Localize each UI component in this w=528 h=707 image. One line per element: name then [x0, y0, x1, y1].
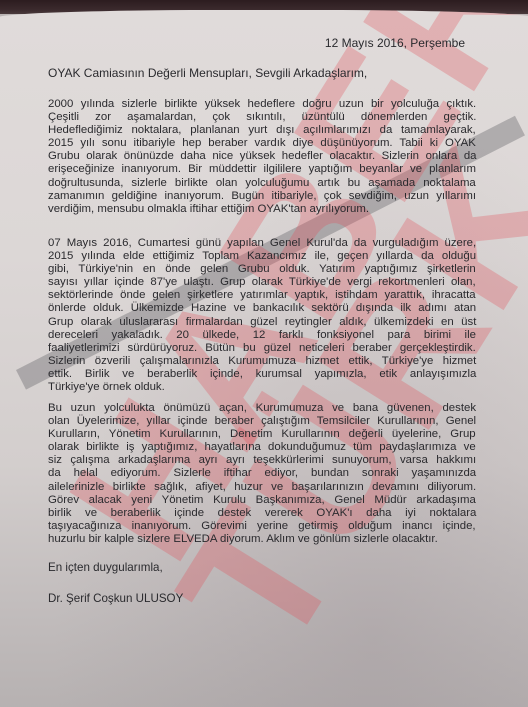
text-line: faaliyetlerimizi sürdürüyoruz. Bütün bu …	[48, 342, 476, 355]
text-line: ailelerinizle birlikte sağlık, afiyet, h…	[48, 481, 476, 494]
text-line: doğrultusunda, sizlerle birlikte olan yo…	[48, 177, 476, 190]
paragraph-1: 2000 yılında sizlerle birlikte yüksek he…	[48, 98, 476, 216]
text-line: 2015 yılı sonu itibariyle hep beraber va…	[48, 137, 476, 150]
letter-signature: Dr. Şerif Coşkun ULUSOY	[48, 592, 183, 605]
paragraph-2: 07 Mayıs 2016, Cumartesi günü yapılan Ge…	[48, 237, 476, 394]
text-line: 2015 yılında elde ettiğimiz Toplam Kazan…	[48, 250, 476, 263]
text-line: Hedeflediğimiz noktalara, planlanan yurt…	[48, 124, 476, 137]
text-line: Grubu olarak önünüzde daha nice yüksek h…	[48, 150, 476, 163]
text-line: Grup olarak uluslararası firmalardan güz…	[48, 316, 476, 329]
text-line: da helal ediyorum. Sizlerle iftihar ediy…	[48, 467, 476, 480]
text-line: Kurulların, Yönetim Kurullarının, Deneti…	[48, 428, 476, 441]
text-line: gibi, Türkiye'nin en önde gelen Grubu ol…	[48, 263, 476, 276]
text-line: dereceleri yakaladık. 20 ülkede, 12 fark…	[48, 329, 476, 342]
text-line: Çeşitli zor aşamalardan, çok sıkıntılı, …	[48, 111, 476, 124]
text-line: zamanımın geldiğine inanıyorum. Bugün it…	[48, 190, 476, 203]
letter-closing: En içten duygularımla,	[48, 561, 163, 574]
text-line: ettik. Birlik ve beraberlik içinde, kuru…	[48, 368, 476, 381]
text-line: Sizlerin özverili çalışmalarınızla Kurum…	[48, 355, 476, 368]
text-line: olan Üyelerimize, yıllar içinde beraber …	[48, 415, 476, 428]
text-line: birlik ve beraberlik içinde destek verer…	[48, 507, 476, 520]
text-line: 07 Mayıs 2016, Cumartesi günü yapılan Ge…	[48, 237, 476, 250]
text-line: siz çalışma arkadaşlarıma ayrı ayrı teşe…	[48, 454, 476, 467]
text-line: 2000 yılında sizlerle birlikte yüksek he…	[48, 98, 476, 111]
text-line: erişeceğinize inanıyorum. Bir müddettir …	[48, 163, 476, 176]
text-line: önlerde olduk. Ülkemizde Hazine ve banka…	[48, 302, 476, 315]
text-line: Türkiye'ye örnek olduk.	[48, 381, 476, 394]
letter-date: 12 Mayıs 2016, Perşembe	[325, 36, 465, 50]
text-line: sektörlerinde önde gelen şirketlere yatı…	[48, 289, 476, 302]
text-line: taşıyacağınıza inanıyorum. Görevimi yeri…	[48, 520, 476, 533]
text-line: Bu uzun yolculukta önümüzü açan, Kurumum…	[48, 402, 476, 415]
letter-content: 12 Mayıs 2016, Perşembe OYAK Camiasının …	[0, 0, 528, 707]
text-line: verdiğim, mensubu olmakla iftihar ettiği…	[48, 203, 476, 216]
letter-salutation: OYAK Camiasının Değerli Mensupları, Sevg…	[48, 66, 367, 80]
text-line: olarak birlikte iş yaptığımız, hayatları…	[48, 441, 476, 454]
text-line: Görev alacak yeni Yönetim Kurulu Başkanı…	[48, 494, 476, 507]
text-line: sayısı yıllar içinde 87'ye ulaştı. Grup …	[48, 276, 476, 289]
paragraph-3: Bu uzun yolculukta önümüzü açan, Kurumum…	[48, 402, 476, 546]
text-line: huzurlu bir kalple sizlere ELVEDA diyoru…	[48, 533, 476, 546]
